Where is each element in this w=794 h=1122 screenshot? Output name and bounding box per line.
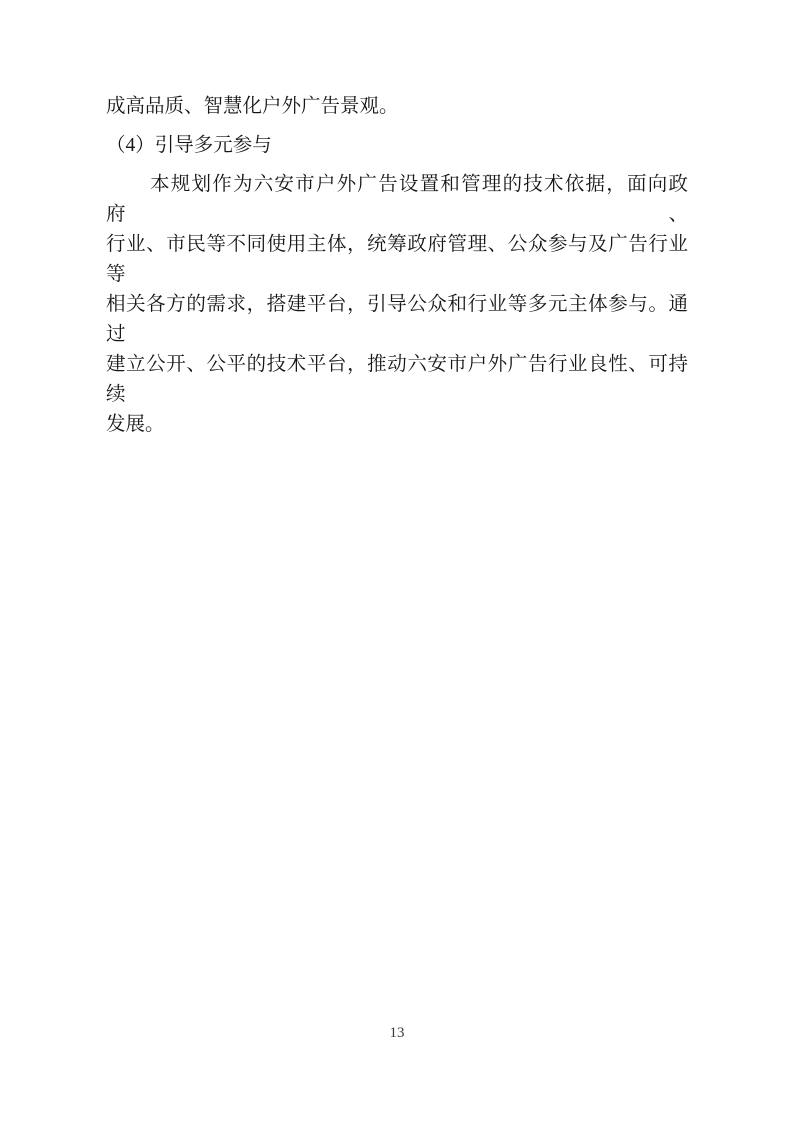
body-paragraph-line: 相关各方的需求，搭建平台，引导公众和行业等多元主体参与。通过 (106, 290, 688, 350)
body-paragraph-line: 建立公开、公平的技术平台，推动六安市户外广告行业良性、可持续 (106, 350, 688, 410)
body-paragraph: 本规划作为六安市户外广告设置和管理的技术依据，面向政府、 行业、市民等不同使用主… (106, 170, 688, 440)
text-block: 成高品质、智慧化户外广告景观。 （4）引导多元参与 本规划作为六安市户外广告设置… (106, 92, 688, 440)
page-number: 13 (390, 1025, 405, 1041)
continuation-paragraph-line: 成高品质、智慧化户外广告景观。 (106, 92, 688, 122)
section-heading: （4）引导多元参与 (106, 131, 688, 161)
body-paragraph-line: 行业、市民等不同使用主体，统筹政府管理、公众参与及广告行业等 (106, 230, 688, 290)
body-paragraph-line: 发展。 (106, 410, 688, 440)
body-paragraph-line: 本规划作为六安市户外广告设置和管理的技术依据，面向政府、 (106, 170, 688, 230)
page-footer: 13 (0, 1024, 794, 1042)
